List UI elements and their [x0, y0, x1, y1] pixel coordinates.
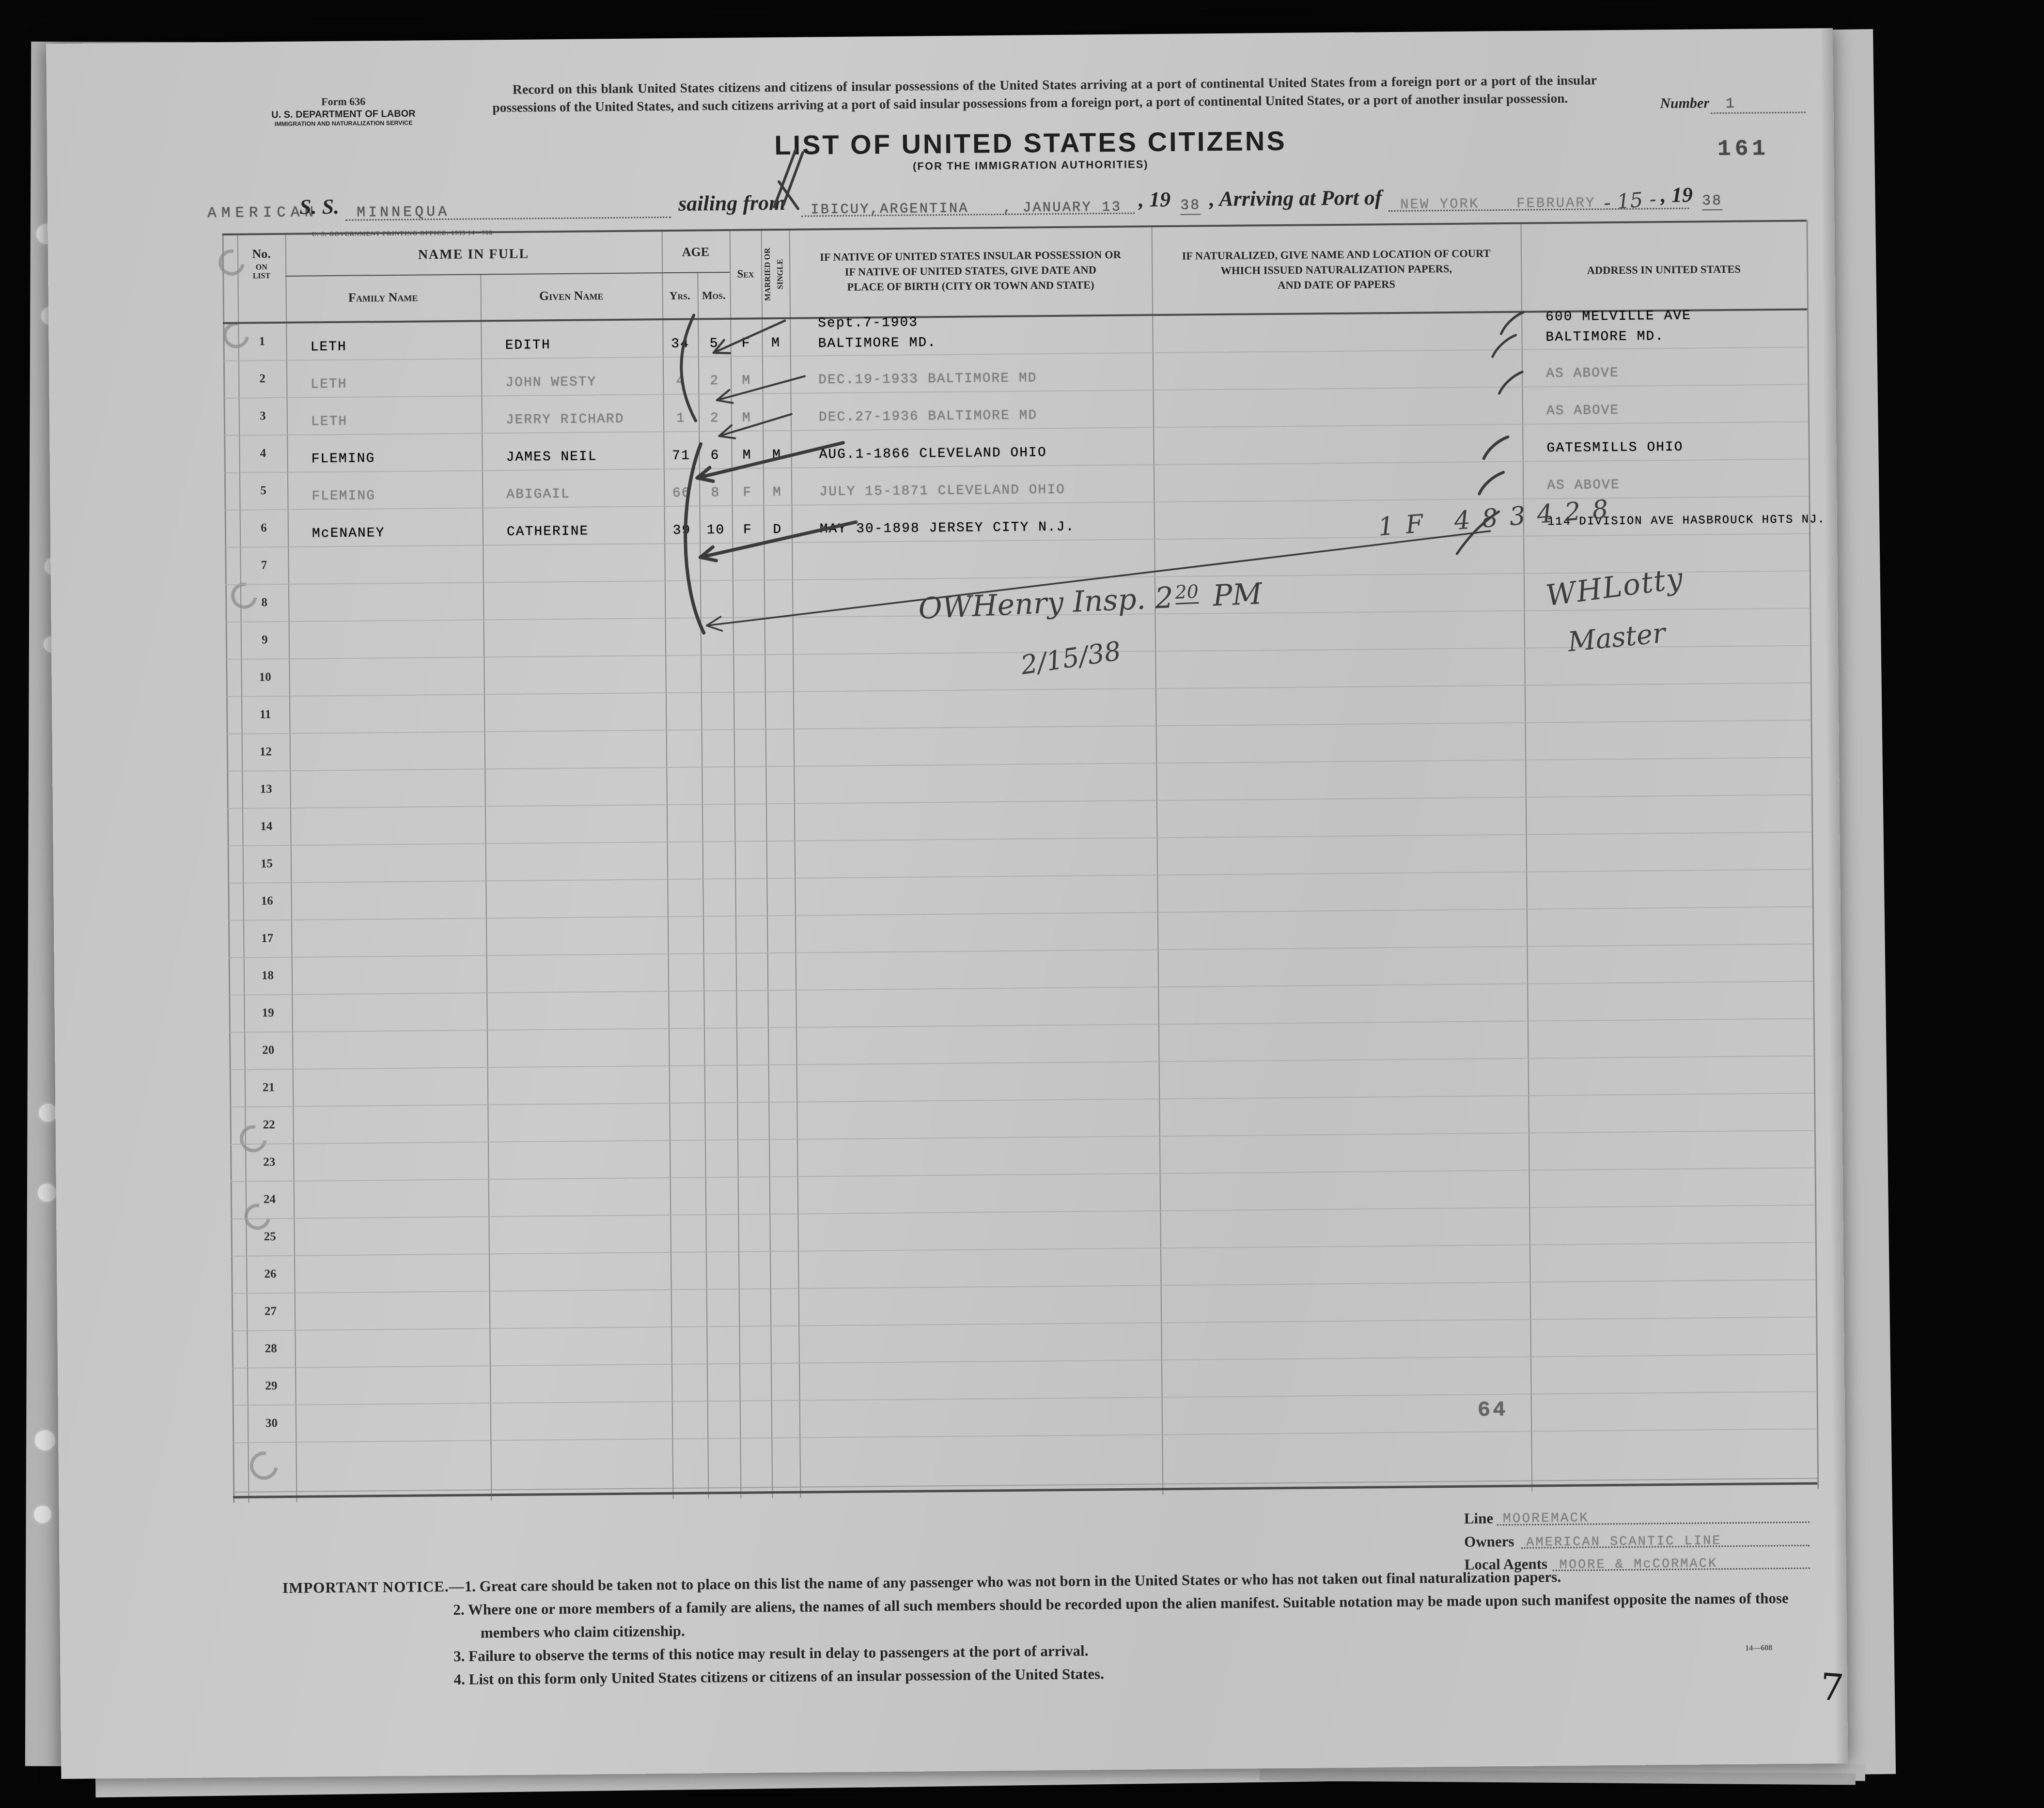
cell-birthplace: DEC.27-1936 BALTIMORE MD [819, 408, 1038, 425]
row-line [230, 1092, 1814, 1107]
row-number: 22 [245, 1106, 293, 1144]
cell-family-name: FLEMING [312, 451, 375, 467]
row-number: 15 [243, 845, 291, 883]
notice-prefix: IMPORTANT NOTICE.— [282, 1578, 465, 1596]
cell-given-name: JERRY RICHARD [506, 412, 624, 428]
owners-value: AMERICAN SCANTIC LINE [1526, 1534, 1722, 1550]
cell-mos: 6 [699, 448, 731, 464]
col-header-no: No. ON LIST [237, 247, 286, 281]
number-rule [1711, 111, 1806, 114]
row-line [230, 1130, 1814, 1144]
cell-yrs: 34 [662, 336, 698, 352]
row-number: 26 [246, 1255, 295, 1293]
cell-yrs: 39 [664, 523, 700, 538]
departure-year: 38 [1180, 197, 1201, 215]
cell-family-name: FLEMING [312, 488, 375, 504]
cell-address: AS ABOVE [1546, 366, 1619, 381]
row-number: 13 [242, 770, 290, 808]
header-mid-rule [285, 272, 730, 277]
cell-sex: M [731, 373, 762, 389]
cell-sex: M [731, 448, 763, 463]
row-number: 8 [240, 584, 289, 622]
punch-hole [39, 1104, 57, 1122]
col-header-address: ADDRESS IN UNITED STATES [1521, 262, 1807, 277]
passenger-table: No. ON LIST NAME IN FULL AGE Family Name… [222, 219, 1818, 1502]
cell-given-name: EDITH [505, 338, 550, 353]
cell-yrs: 4 [663, 374, 698, 389]
cell-mos: 2 [698, 374, 731, 389]
cell-birthplace: MAY 30-1898 JERSEY CITY N.J. [820, 520, 1075, 537]
cell-address: GATESMILLS OHIO [1546, 440, 1683, 456]
cell-yrs: 71 [663, 448, 699, 464]
row-line [232, 1354, 1816, 1368]
row-line [233, 1428, 1817, 1443]
table-column-line [222, 234, 235, 1503]
punch-hole [35, 1430, 55, 1450]
row-number: 30 [248, 1404, 296, 1442]
col-header-birth: IF NATIVE OF UNITED STATES INSULAR POSSE… [789, 247, 1152, 295]
arriving-label: , Arriving at Port of [1209, 185, 1382, 211]
cell-sex: F [730, 336, 762, 351]
row-line [230, 1055, 1814, 1070]
col-header-given-name: Given Name [481, 288, 662, 304]
col-header-family-name: Family Name [286, 289, 481, 306]
cell-mos: 5 [698, 336, 730, 352]
number-label: Number [1660, 95, 1709, 111]
cell-given-name: JOHN WESTY [505, 374, 596, 390]
row-line [224, 421, 1808, 436]
cell-married: M [763, 485, 791, 500]
row-number: 27 [247, 1293, 295, 1330]
row-line [223, 346, 1808, 361]
row-line [228, 831, 1812, 846]
col-header-yrs: Yrs. [662, 289, 698, 302]
table-column-line [789, 229, 801, 1498]
row-line [231, 1167, 1815, 1182]
table-column-line [761, 229, 773, 1498]
row-number: 17 [243, 920, 292, 957]
cell-family-name: LETH [310, 340, 346, 355]
row-number: 20 [244, 1031, 293, 1069]
cell-mos: 2 [699, 411, 731, 426]
port-of-departure: IBICUY,ARGENTINA [811, 201, 969, 218]
owners-label: Owners [1464, 1533, 1514, 1550]
row-number: 7 [240, 546, 288, 584]
cell-address: BALTIMORE MD. [1545, 329, 1664, 345]
cell-married: M [762, 336, 790, 351]
arrival-year: 38 [1702, 193, 1722, 210]
departure-year-prefix: , 19 [1139, 187, 1170, 212]
manifest-sheet: Form 636 U. S. DEPARTMENT OF LABOR IMMIG… [46, 28, 1848, 1779]
row-number: 11 [241, 696, 290, 733]
row-line [229, 1018, 1813, 1032]
cell-yrs: 1 [663, 411, 699, 426]
col-header-age: AGE [662, 245, 730, 260]
col-header-mos: Mos. [698, 289, 730, 302]
row-number: 24 [246, 1181, 294, 1218]
table-column-line [1152, 225, 1164, 1495]
cell-given-name: CATHERINE [507, 524, 589, 539]
voyage-line: AMERICAN S. S. MINNEQUA sailing from IBI… [47, 172, 1835, 227]
cell-sex: F [732, 522, 764, 538]
form-id: Form 636 [260, 94, 427, 109]
agency-block: Form 636 U. S. DEPARTMENT OF LABOR IMMIG… [260, 94, 427, 127]
cell-sex: F [732, 485, 763, 500]
arrival-day-handwritten: - 15 - [1603, 187, 1657, 214]
punch-hole [34, 1506, 51, 1523]
table-column-line [480, 274, 492, 1500]
cell-address: AS ABOVE [1547, 478, 1620, 493]
row-line [231, 1242, 1815, 1256]
row-number: 10 [241, 658, 289, 696]
row-line [232, 1279, 1816, 1294]
line-field: Line MOOREMACK [1464, 1507, 1813, 1527]
cell-birthplace: Sept.7-1903 [818, 315, 918, 331]
stamp-64: 64 [1478, 1398, 1508, 1423]
row-number: 5 [239, 472, 288, 510]
row-line [231, 1204, 1815, 1219]
row-line [227, 794, 1811, 809]
col-header-name-in-full: NAME IN FULL [285, 245, 662, 264]
cell-address: AS ABOVE [1546, 403, 1620, 419]
agency-name: U. S. DEPARTMENT OF LABOR [260, 108, 427, 121]
row-line [228, 869, 1812, 883]
row-number: 25 [246, 1218, 294, 1256]
row-number: 12 [242, 733, 290, 771]
col-header-sex: Sex [730, 267, 761, 281]
row-number: 28 [247, 1330, 295, 1368]
ship-name: MINNEQUA [357, 204, 450, 221]
table-column-line [1806, 219, 1819, 1489]
row-number: 9 [241, 621, 289, 659]
owners-field: Owners AMERICAN SCANTIC LINE [1464, 1530, 1813, 1550]
punch-hole [38, 1184, 56, 1202]
row-number: 6 [240, 509, 288, 547]
cell-family-name: McENANEY [312, 526, 385, 541]
table-column-line [1520, 222, 1532, 1492]
cell-birthplace: BALTIMORE MD. [818, 335, 936, 351]
row-number: 23 [245, 1143, 294, 1181]
arrival-month: FEBRUARY [1516, 195, 1596, 211]
page-stamp: 161 [1717, 136, 1769, 162]
row-line [227, 719, 1811, 734]
row-number: 19 [244, 994, 292, 1032]
row-number: 4 [239, 435, 287, 472]
cell-married: D [764, 522, 792, 538]
cell-mos: 8 [699, 485, 732, 501]
row-line [226, 682, 1810, 697]
arrival-year-prefix: , 19 [1661, 183, 1693, 208]
row-line [232, 1316, 1816, 1331]
line-value: MOOREMACK [1503, 1511, 1589, 1527]
cell-family-name: LETH [311, 377, 347, 392]
cell-birthplace: JULY 15-1871 CLEVELAND OHIO [819, 483, 1065, 499]
row-line [225, 533, 1809, 547]
cell-given-name: JAMES NEIL [506, 449, 597, 465]
form-instructions: Record on this blank United States citiz… [492, 71, 1597, 116]
row-number: 3 [239, 397, 287, 435]
important-notice: IMPORTANT NOTICE.—1. Great care should b… [282, 1563, 1824, 1693]
row-number: 2 [238, 360, 287, 398]
col-header-married-or-single: MARRIED OR SINGLE [761, 233, 790, 316]
cell-family-name: LETH [311, 414, 347, 430]
cell-birthplace: AUG.1-1866 CLEVELAND OHIO [819, 445, 1046, 462]
row-number: 14 [242, 808, 291, 845]
cell-address: 600 MELVILLE AVE [1545, 309, 1691, 325]
sailing-from-label: sailing from [678, 190, 786, 216]
row-line [224, 458, 1809, 473]
number-value: 1 [1726, 96, 1736, 112]
row-line [227, 757, 1811, 771]
row-line [228, 906, 1812, 920]
row-line [233, 1391, 1817, 1405]
cell-yrs: 66 [664, 485, 699, 501]
row-number: 29 [247, 1367, 296, 1405]
agency-service: IMMIGRATION AND NATURALIZATION SERVICE [260, 119, 427, 127]
row-line [229, 981, 1813, 995]
line-label: Line [1464, 1510, 1494, 1527]
row-number: 16 [243, 882, 291, 920]
cell-sex: M [731, 410, 763, 426]
port-of-arrival: NEW YORK [1400, 196, 1480, 212]
departure-date: , JANUARY 13 [1003, 199, 1122, 216]
row-line [224, 384, 1808, 398]
number-field: Number 1 [1660, 94, 1805, 113]
cell-married: M [763, 448, 791, 463]
row-number: 18 [244, 957, 292, 995]
cell-given-name: ABIGAIL [506, 487, 570, 502]
cell-mos: 10 [700, 523, 732, 538]
cell-birthplace: DEC.19-1933 BALTIMORE MD [818, 371, 1037, 388]
row-number: 1 [238, 323, 286, 360]
col-header-court: IF NATURALIZED, GIVE NAME AND LOCATION O… [1152, 246, 1521, 294]
row-number: 21 [245, 1069, 293, 1107]
row-line [229, 943, 1813, 958]
ss-label: S. S. [299, 194, 339, 219]
